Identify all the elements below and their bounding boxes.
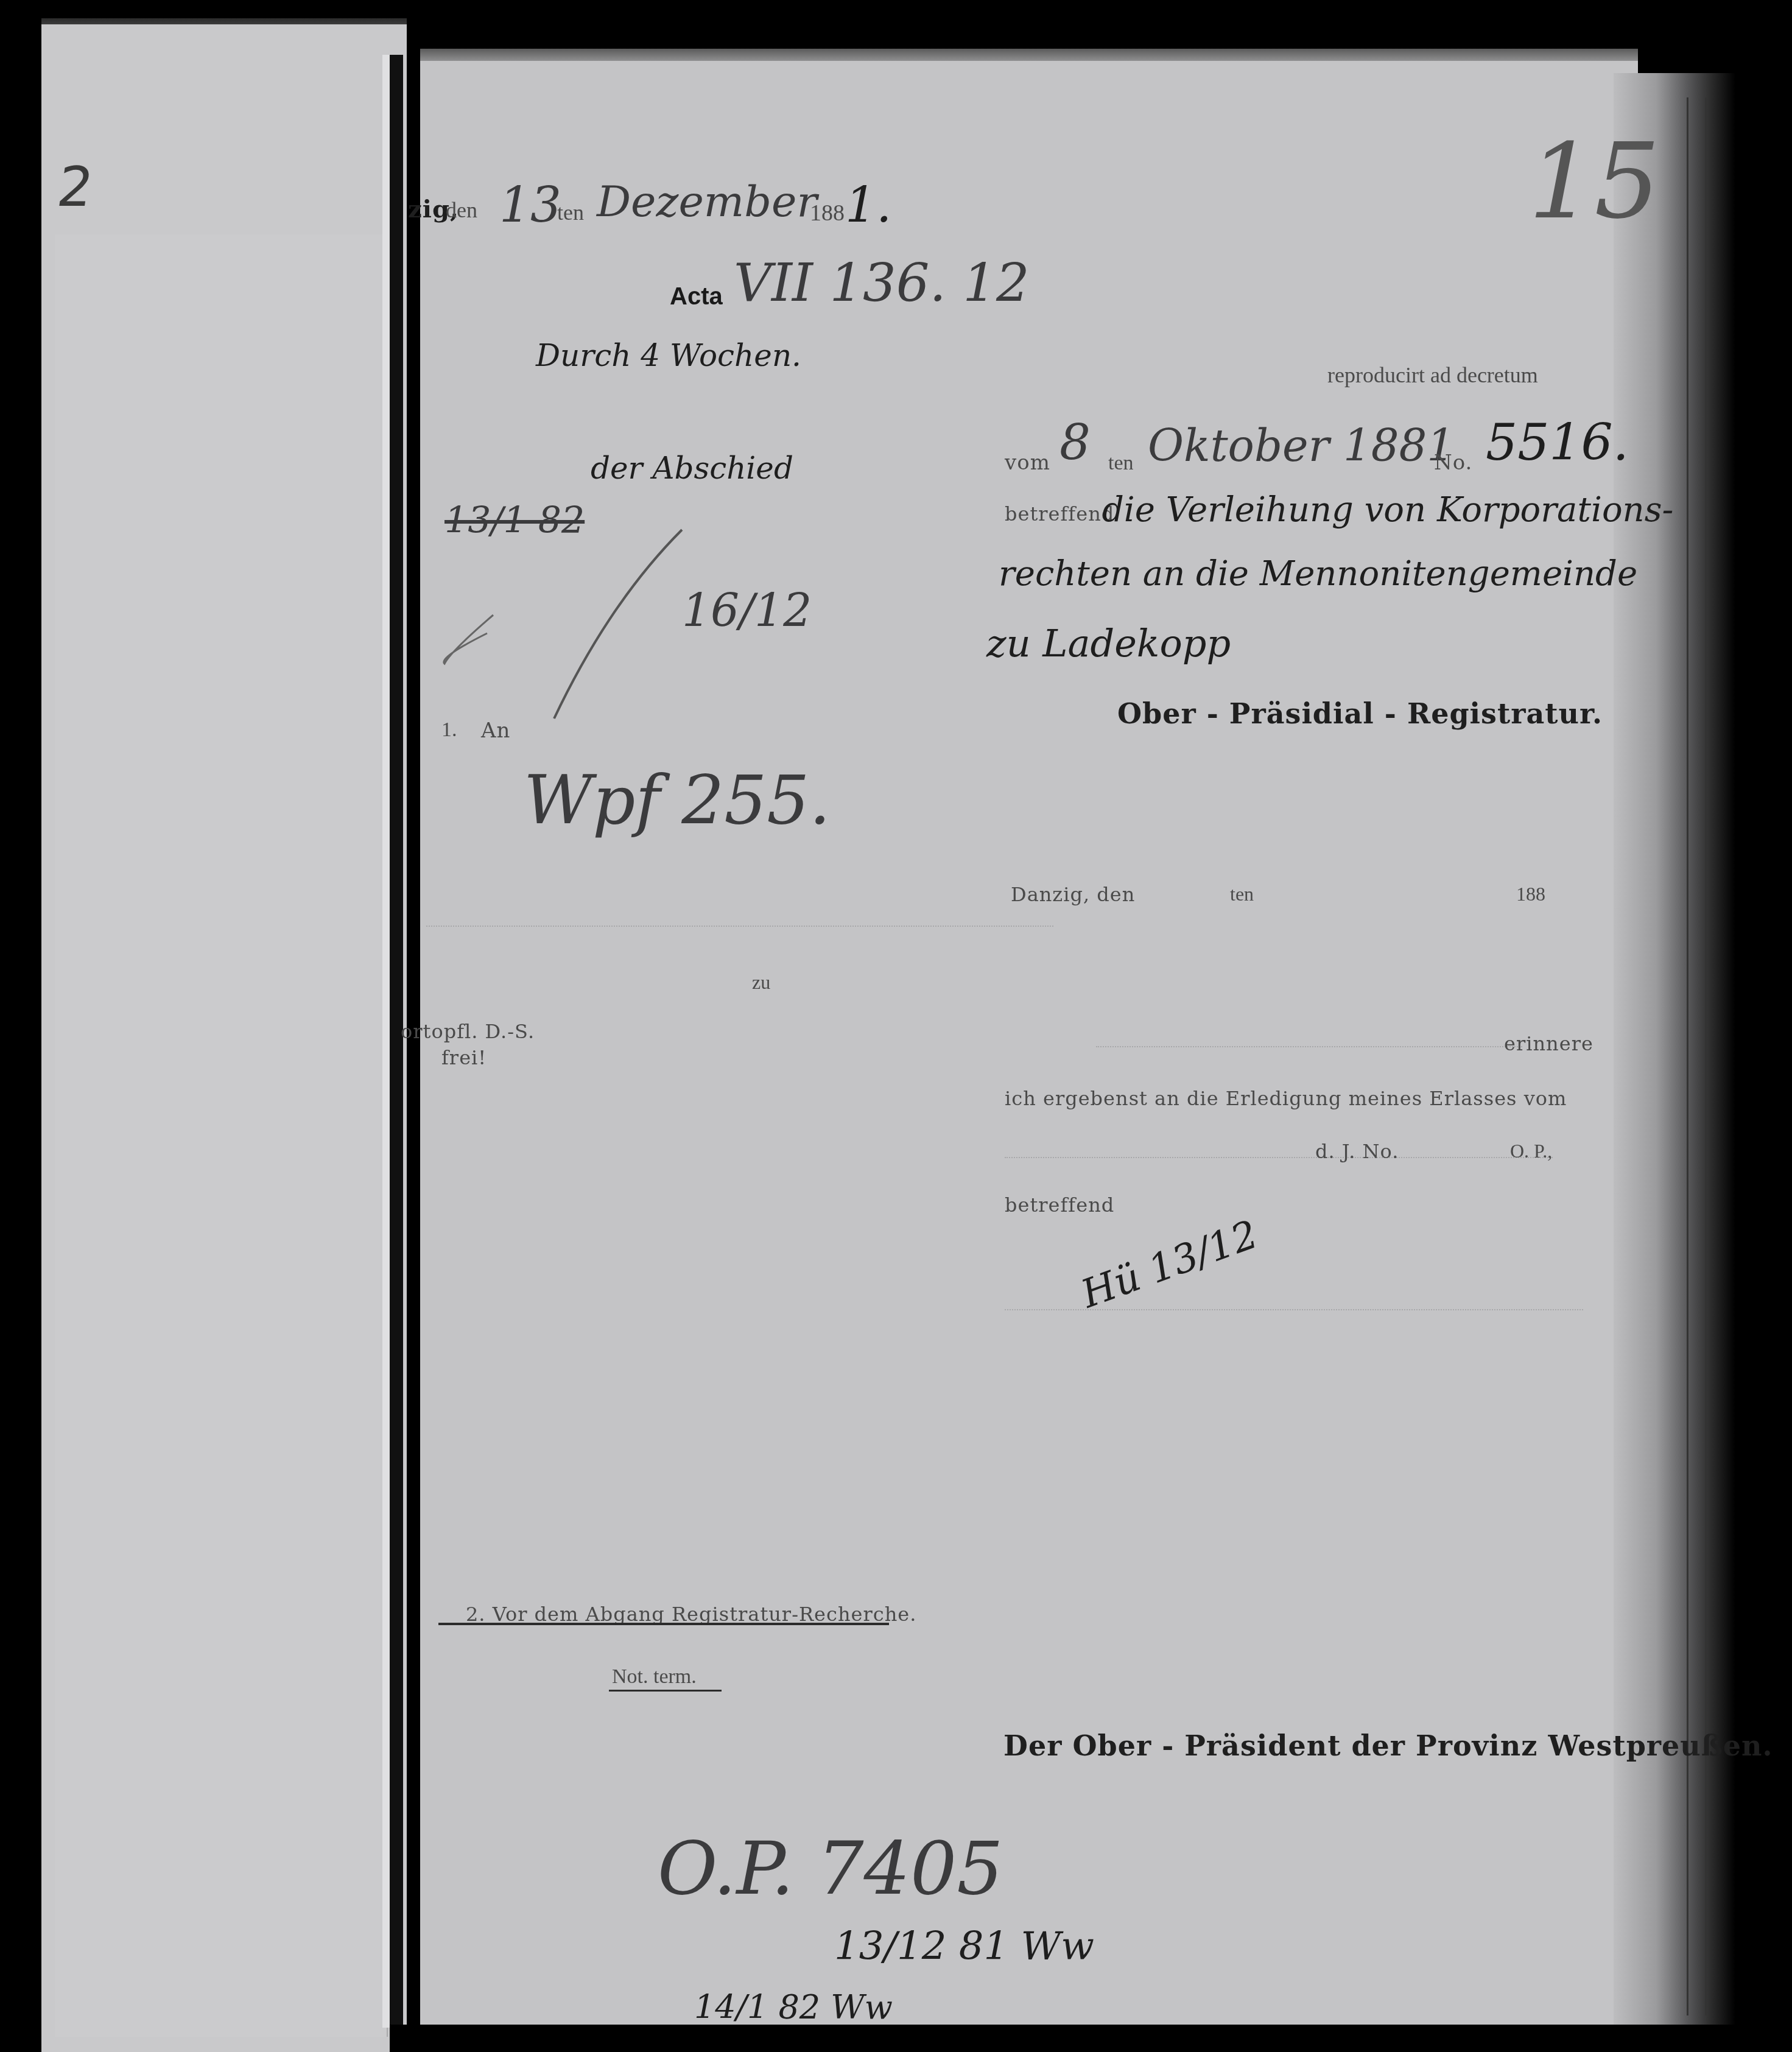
year-handwritten-digit: 1. (845, 177, 891, 233)
date-header: zig, den 13 ten Dezember 188 1. (408, 183, 1139, 231)
decree-number: 5516. (1486, 414, 1629, 472)
bottom-note-handwritten: 14/1 82 Ww (694, 1988, 893, 2026)
page-edge-line (1687, 97, 1688, 2015)
signature-authority: Der Ober - Präsident der Provinz Westpre… (1003, 1729, 1773, 1762)
registry-heading: Ober - Präsidial - Registratur. (1117, 697, 1603, 730)
op-label: O. P., (1510, 1140, 1552, 1162)
erinnere-label: erinnere (1504, 1032, 1593, 1055)
no-label: No. (1434, 451, 1472, 475)
vom-label: vom (1005, 451, 1050, 475)
handwritten-day: 13 (499, 177, 561, 233)
item-1-label: 1. (441, 719, 457, 742)
postage-note-1: ortopfl. D.-S. (401, 1020, 535, 1043)
addressee-handwritten: Wpf 255. (524, 761, 831, 839)
reminder-ten-label: ten (1230, 883, 1254, 905)
decree-month-year: Oktober 1881 (1148, 420, 1455, 471)
address-line (426, 926, 1053, 927)
den-label: den (446, 197, 477, 223)
handwritten-note-2: der Abschied (591, 451, 793, 486)
decree-ref-line (1005, 1157, 1553, 1158)
page-edge-line (1705, 97, 1707, 2015)
subject-line (1005, 1309, 1583, 1310)
item-2-rule (438, 1623, 889, 1625)
decree-date-line: vom 8 ten Oktober 1881 No. 5516. (1005, 414, 1614, 487)
op-number-handwritten: O.P. 7405 (658, 1827, 1003, 1911)
acta-reference: Acta VII 136. 12 (670, 256, 1096, 323)
acta-label: Acta (670, 283, 723, 311)
subject-line-3: zu Ladekopp (986, 621, 1231, 666)
folio-number: 15 (1528, 122, 1660, 242)
recipient-line (1096, 1046, 1522, 1047)
year-printed: 188 (810, 200, 845, 227)
scan-bottom-border (390, 2025, 1792, 2052)
ten-label: ten (557, 200, 584, 225)
postage-note-2: frei! (441, 1046, 487, 1069)
reminder-year-label: 188 (1516, 883, 1545, 905)
danzig-den-label: Danzig, den (1011, 883, 1135, 906)
betreffend-label: betreffend (1005, 502, 1114, 525)
reminder-betreffend-label: betreffend (1005, 1193, 1114, 1217)
decree-day: 8 (1059, 414, 1091, 471)
handwritten-note-1: Durch 4 Wochen. (536, 338, 801, 373)
decree-ten-label: ten (1108, 452, 1134, 475)
dispatch-date-handwritten: 13/12 81 Ww (834, 1924, 1094, 1969)
handwritten-month: Dezember (597, 177, 817, 227)
not-term-label: Not. term. (612, 1665, 697, 1688)
subject-line-1: die Verleihung von Korporations- (1102, 490, 1673, 530)
binding-edge (382, 55, 390, 2028)
reproducirt-label: reproducirt ad decretum (1327, 362, 1538, 388)
subject-line-2: rechten an die Mennonitengemeinde (999, 554, 1637, 594)
reminder-body: ich ergebenst an die Erledigung meines E… (1005, 1087, 1567, 1110)
zu-label: zu (752, 971, 770, 994)
an-label: An (481, 719, 510, 743)
reminder-date-line: Danzig, den ten 188 (1011, 877, 1620, 913)
previous-page-inset (55, 234, 388, 2037)
dj-no-label: d. J. No. (1315, 1140, 1399, 1163)
not-term-rule (609, 1690, 722, 1692)
acta-number: VII 136. 12 (734, 253, 1030, 314)
